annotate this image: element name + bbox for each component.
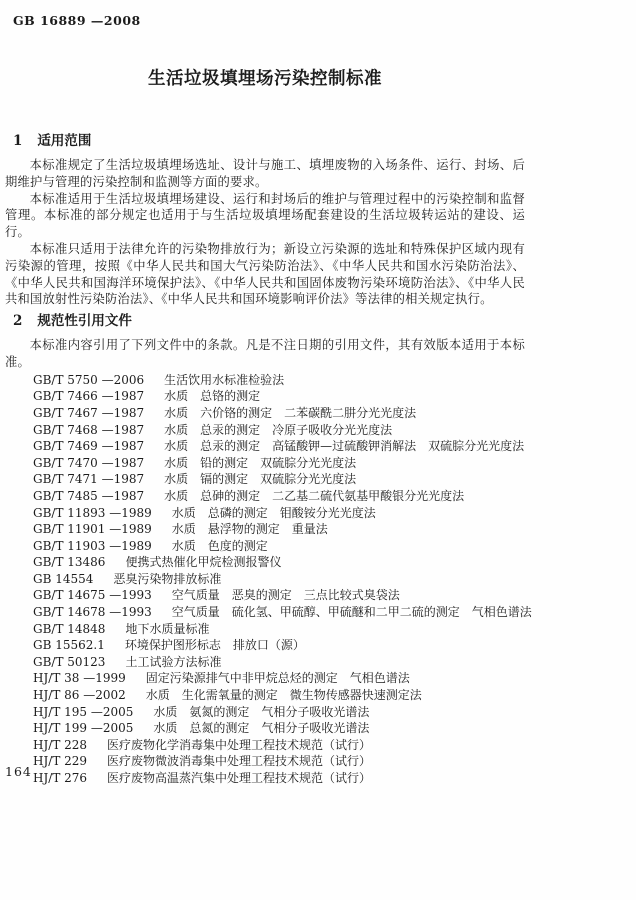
reference-code: GB/T 7466 —1987 — [33, 388, 144, 405]
reference-title: 水质 生化需氧量的测定 微生物传感器快速测定法 — [146, 688, 422, 702]
reference-code: HJ/T 195 —2005 — [33, 704, 133, 721]
reference-code: GB/T 5750 —2006 — [33, 372, 144, 389]
reference-row: GB/T 7471 —1987水质 镉的测定 双硫腙分光光度法 — [33, 471, 525, 488]
reference-title: 水质 总氮的测定 气相分子吸收光谱法 — [153, 721, 369, 735]
reference-row: GB/T 14678 —1993空气质量 硫化氢、甲硫醇、甲硫醚和二甲二硫的测定… — [33, 604, 525, 621]
reference-list: GB/T 5750 —2006生活饮用水标准检验法 GB/T 7466 —198… — [5, 372, 525, 787]
reference-code: GB/T 11903 —1989 — [33, 538, 152, 555]
reference-row: GB/T 13486便携式热催化甲烷检测报警仪 — [33, 554, 525, 571]
reference-title: 水质 镉的测定 双硫腙分光光度法 — [164, 472, 356, 486]
section-2-number: 2 — [5, 313, 22, 329]
reference-title: 水质 六价铬的测定 二苯碳酰二肼分光光度法 — [164, 406, 416, 420]
reference-row: HJ/T 229医疗废物微波消毒集中处理工程技术规范（试行） — [33, 753, 525, 770]
reference-title: 土工试验方法标准 — [125, 655, 221, 669]
reference-row: GB 14554恶臭污染物排放标准 — [33, 571, 525, 588]
reference-title: 地下水质量标准 — [125, 622, 209, 636]
reference-title: 环境保护图形标志 排放口（源） — [125, 638, 305, 652]
reference-code: GB/T 50123 — [33, 654, 105, 671]
reference-code: GB/T 11893 —1989 — [33, 505, 152, 522]
reference-title: 水质 总汞的测定 高锰酸钾—过硫酸钾消解法 双硫腙分光光度法 — [164, 439, 524, 453]
reference-title: 医疗废物化学消毒集中处理工程技术规范（试行） — [107, 738, 371, 752]
reference-row: HJ/T 195 —2005水质 氨氮的测定 气相分子吸收光谱法 — [33, 704, 525, 721]
reference-row: GB/T 11893 —1989水质 总磷的测定 钼酸铵分光光度法 — [33, 505, 525, 522]
reference-row: GB/T 14848地下水质量标准 — [33, 621, 525, 638]
reference-title: 水质 总磷的测定 钼酸铵分光光度法 — [172, 506, 376, 520]
reference-code: GB/T 7468 —1987 — [33, 422, 144, 439]
document-page: GB 16889 —2008 生活垃圾填埋场污染控制标准 1适用范围 本标准规定… — [0, 0, 636, 900]
reference-row: GB/T 7470 —1987水质 铅的测定 双硫腙分光光度法 — [33, 455, 525, 472]
reference-code: HJ/T 199 —2005 — [33, 720, 133, 737]
section-2-heading: 2规范性引用文件 — [5, 313, 525, 329]
reference-row: GB/T 50123土工试验方法标准 — [33, 654, 525, 671]
section-2-title: 规范性引用文件 — [37, 313, 132, 329]
reference-title: 水质 总砷的测定 二乙基二硫代氨基甲酸银分光光度法 — [164, 489, 464, 503]
section-1-number: 1 — [5, 133, 22, 149]
reference-row: HJ/T 86 —2002水质 生化需氧量的测定 微生物传感器快速测定法 — [33, 687, 525, 704]
section-1-title: 适用范围 — [37, 133, 91, 149]
reference-row: GB/T 5750 —2006生活饮用水标准检验法 — [33, 372, 525, 389]
reference-title: 生活饮用水标准检验法 — [164, 373, 284, 387]
reference-row: HJ/T 228医疗废物化学消毒集中处理工程技术规范（试行） — [33, 737, 525, 754]
scope-paragraph-1: 本标准规定了生活垃圾填埋场选址、设计与施工、填埋废物的入场条件、运行、封场、后期… — [5, 157, 525, 191]
reference-code: GB/T 14678 —1993 — [33, 604, 152, 621]
reference-title: 水质 总铬的测定 — [164, 389, 260, 403]
reference-row: HJ/T 199 —2005水质 总氮的测定 气相分子吸收光谱法 — [33, 720, 525, 737]
reference-title: 固定污染源排气中非甲烷总烃的测定 气相色谱法 — [146, 671, 410, 685]
document-title: 生活垃圾填埋场污染控制标准 — [5, 68, 525, 90]
reference-title: 水质 总汞的测定 冷原子吸收分光光度法 — [164, 423, 392, 437]
reference-row: GB/T 7468 —1987水质 总汞的测定 冷原子吸收分光光度法 — [33, 422, 525, 439]
reference-row: HJ/T 38 —1999固定污染源排气中非甲烷总烃的测定 气相色谱法 — [33, 670, 525, 687]
reference-code: HJ/T 38 —1999 — [33, 670, 126, 687]
reference-code: GB/T 7471 —1987 — [33, 471, 144, 488]
reference-title: 水质 悬浮物的测定 重量法 — [172, 522, 328, 536]
page-content: 生活垃圾填埋场污染控制标准 1适用范围 本标准规定了生活垃圾填埋场选址、设计与施… — [5, 0, 525, 787]
reference-title: 恶臭污染物排放标准 — [113, 572, 221, 586]
reference-code: GB/T 7469 —1987 — [33, 438, 144, 455]
reference-code: GB/T 7485 —1987 — [33, 488, 144, 505]
reference-code: GB/T 7470 —1987 — [33, 455, 144, 472]
reference-code: GB 15562.1 — [33, 637, 105, 654]
reference-title: 水质 色度的测定 — [172, 539, 268, 553]
reference-code: GB/T 14675 —1993 — [33, 587, 152, 604]
reference-row: GB/T 11903 —1989水质 色度的测定 — [33, 538, 525, 555]
reference-title: 医疗废物微波消毒集中处理工程技术规范（试行） — [107, 754, 371, 768]
reference-code: HJ/T 228 — [33, 737, 87, 754]
reference-row: GB/T 7485 —1987水质 总砷的测定 二乙基二硫代氨基甲酸银分光光度法 — [33, 488, 525, 505]
reference-row: GB/T 11901 —1989水质 悬浮物的测定 重量法 — [33, 521, 525, 538]
scope-paragraph-2: 本标准适用于生活垃圾填埋场建设、运行和封场后的维护与管理过程中的污染控制和监督管… — [5, 191, 525, 241]
reference-code: GB/T 11901 —1989 — [33, 521, 152, 538]
reference-title: 水质 氨氮的测定 气相分子吸收光谱法 — [153, 705, 369, 719]
reference-row: GB/T 7467 —1987水质 六价铬的测定 二苯碳酰二肼分光光度法 — [33, 405, 525, 422]
reference-code: GB/T 7467 —1987 — [33, 405, 144, 422]
reference-row: GB/T 7466 —1987水质 总铬的测定 — [33, 388, 525, 405]
reference-code: GB/T 14848 — [33, 621, 105, 638]
reference-row: GB/T 14675 —1993空气质量 恶臭的测定 三点比较式臭袋法 — [33, 587, 525, 604]
reference-code: HJ/T 229 — [33, 753, 87, 770]
reference-code: HJ/T 86 —2002 — [33, 687, 126, 704]
reference-title: 空气质量 硫化氢、甲硫醇、甲硫醚和二甲二硫的测定 气相色谱法 — [172, 605, 532, 619]
reference-code: HJ/T 276 — [33, 770, 87, 787]
reference-code: GB 14554 — [33, 571, 93, 588]
section-1-body: 本标准规定了生活垃圾填埋场选址、设计与施工、填埋废物的入场条件、运行、封场、后期… — [5, 157, 525, 308]
reference-title: 便携式热催化甲烷检测报警仪 — [125, 555, 281, 569]
reference-row: GB 15562.1环境保护图形标志 排放口（源） — [33, 637, 525, 654]
reference-row: GB/T 7469 —1987水质 总汞的测定 高锰酸钾—过硫酸钾消解法 双硫腙… — [33, 438, 525, 455]
scope-paragraph-3: 本标准只适用于法律允许的污染物排放行为；新设立污染源的选址和特殊保护区域内现有污… — [5, 241, 525, 308]
reference-row: HJ/T 276医疗废物高温蒸汽集中处理工程技术规范（试行） — [33, 770, 525, 787]
reference-title: 医疗废物高温蒸汽集中处理工程技术规范（试行） — [107, 771, 371, 785]
reference-code: GB/T 13486 — [33, 554, 105, 571]
page-number: 164 — [5, 764, 32, 779]
reference-title: 水质 铅的测定 双硫腙分光光度法 — [164, 456, 356, 470]
reference-title: 空气质量 恶臭的测定 三点比较式臭袋法 — [172, 588, 400, 602]
references-intro: 本标准内容引用了下列文件中的条款。凡是不注日期的引用文件，其有效版本适用于本标准… — [5, 337, 525, 371]
section-1-heading: 1适用范围 — [5, 133, 525, 149]
